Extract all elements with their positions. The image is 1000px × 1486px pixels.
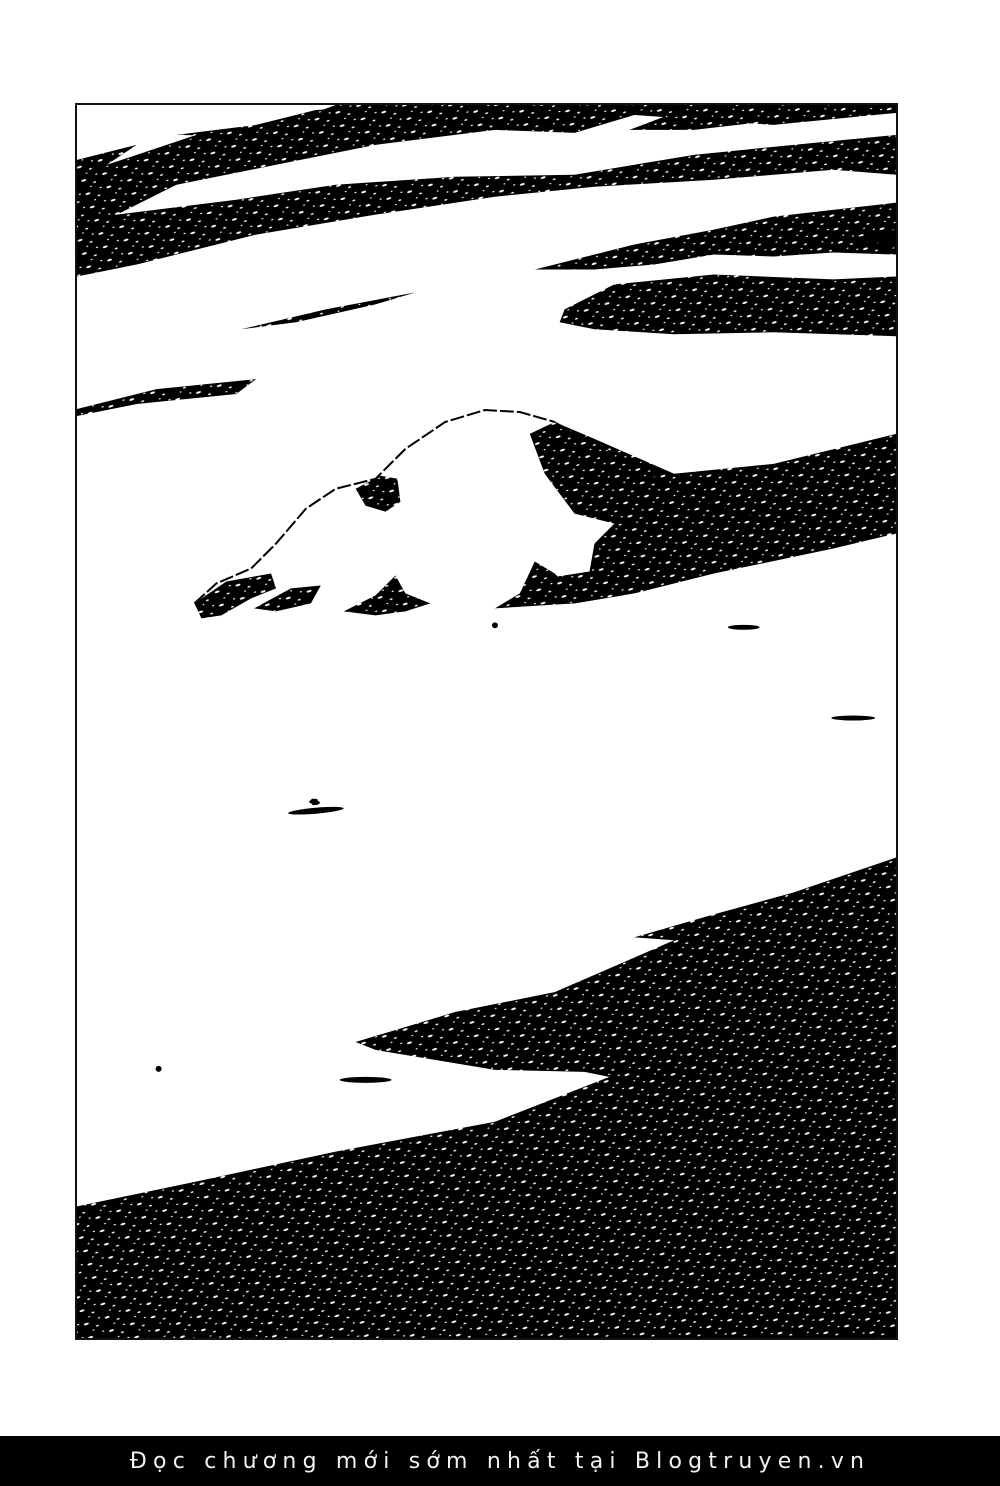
watermark-footer: Đọc chương mới sớm nhất tại Blogtruyen.v… [0, 1436, 1000, 1486]
skull-in-sand-illustration [77, 105, 896, 1338]
watermark-text: Đọc chương mới sớm nhất tại Blogtruyen.v… [130, 1449, 870, 1474]
manga-panel [75, 103, 898, 1340]
manga-page [0, 0, 1000, 1436]
